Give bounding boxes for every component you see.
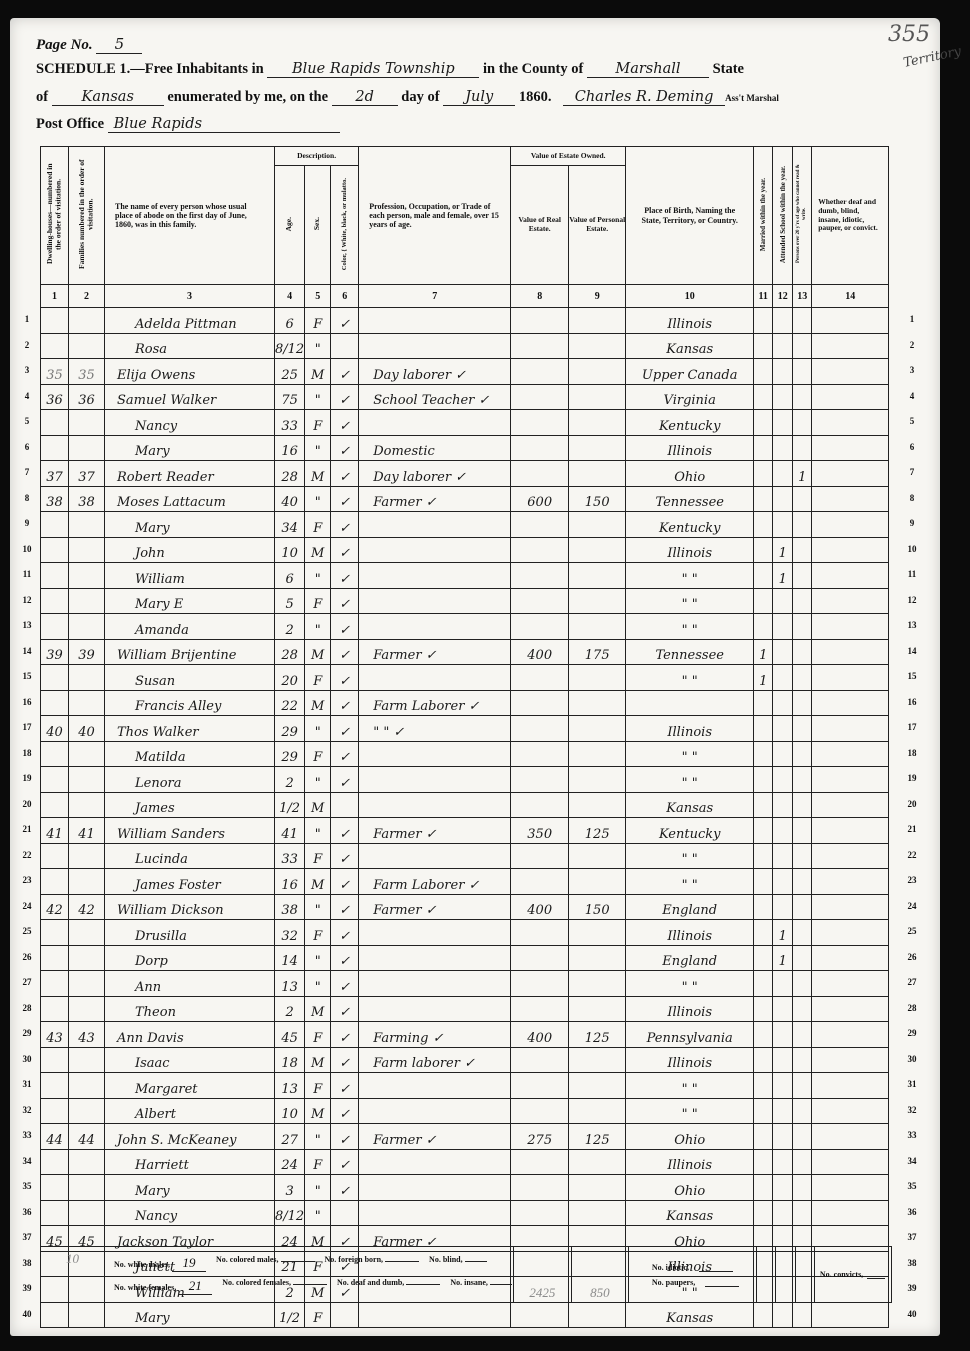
disability [812, 843, 889, 869]
personal-estate-value [569, 741, 626, 767]
married-within-year [754, 588, 773, 614]
dwelling-number [41, 792, 69, 818]
dwelling-number [41, 665, 69, 691]
family-number: 35 [69, 359, 105, 385]
disability [812, 563, 889, 589]
disability [812, 767, 889, 793]
col-header-personal-estate: Value of Personal Estate. [569, 166, 626, 285]
col-header-married: Married within the year. [754, 147, 773, 285]
birthplace: Kansas [626, 333, 754, 359]
paupers-label: No. paupers, [652, 1278, 695, 1287]
person-name: Nancy [105, 410, 275, 436]
sex: F [305, 741, 331, 767]
county-label: in the County of [483, 61, 583, 77]
line-number: 29 [20, 1028, 34, 1038]
real-estate-value [511, 716, 569, 742]
dwelling-number [41, 1047, 69, 1073]
occupation [359, 563, 511, 589]
line-number: 20 [905, 799, 919, 809]
personal-estate-value: 175 [569, 639, 626, 665]
personal-estate-value [569, 767, 626, 793]
attended-school [773, 588, 793, 614]
color [331, 333, 359, 359]
paupers-value [705, 1278, 739, 1287]
dwelling-number [41, 410, 69, 436]
color: ✓ [331, 486, 359, 512]
real-estate-value [511, 767, 569, 793]
personal-estate-value [569, 1149, 626, 1175]
person-name: Elija Owens [105, 359, 275, 385]
line-number: 21 [905, 824, 919, 834]
age: 34 [275, 512, 305, 538]
color: ✓ [331, 1047, 359, 1073]
deaf-dumb-label: No. deaf and dumb, [337, 1278, 404, 1287]
column-number: 5 [305, 285, 331, 308]
married-within-year [754, 996, 773, 1022]
cannot-read-write [793, 690, 812, 716]
color: ✓ [331, 461, 359, 487]
dwelling-number [41, 1302, 69, 1328]
marshal-label: Ass't Marshal [725, 93, 779, 103]
person-name: Mary [105, 1175, 275, 1201]
married-within-year [754, 435, 773, 461]
white-males-label: No. white males, [114, 1260, 170, 1269]
line-number: 40 [905, 1309, 919, 1319]
age: 2 [275, 614, 305, 640]
sex: M [305, 1047, 331, 1073]
occupation [359, 1200, 511, 1226]
age: 29 [275, 716, 305, 742]
personal-estate-value [569, 1200, 626, 1226]
sex: " [305, 945, 331, 971]
line-number: 10 [905, 544, 919, 554]
person-name: Albert [105, 1098, 275, 1124]
sex: " [305, 1200, 331, 1226]
post-office-label: Post Office [36, 116, 104, 132]
disability [812, 1047, 889, 1073]
sex: " [305, 1124, 331, 1150]
birthplace: " " [626, 614, 754, 640]
line-number: 20 [20, 799, 34, 809]
cannot-read-write [793, 333, 812, 359]
dwelling-number [41, 333, 69, 359]
cannot-read-write [793, 945, 812, 971]
attended-school [773, 614, 793, 640]
color: ✓ [331, 512, 359, 538]
family-number: 39 [69, 639, 105, 665]
disability [812, 869, 889, 895]
family-number [69, 537, 105, 563]
occupation: Farm Laborer ✓ [359, 690, 511, 716]
line-number: 17 [905, 722, 919, 732]
personal-estate-value [569, 665, 626, 691]
married-within-year [754, 818, 773, 844]
cannot-read-write [793, 818, 812, 844]
personal-estate-value [569, 333, 626, 359]
occupation [359, 767, 511, 793]
married-within-year [754, 869, 773, 895]
cannot-read-write [793, 588, 812, 614]
family-number [69, 1302, 105, 1328]
dwelling-number [41, 741, 69, 767]
color: ✓ [331, 563, 359, 589]
personal-estate-value [569, 512, 626, 538]
age: 6 [275, 308, 305, 334]
birthplace: " " [626, 1098, 754, 1124]
line-number: 12 [905, 595, 919, 605]
dwellings-total-cell: 10 [41, 1247, 105, 1303]
line-number: 25 [905, 926, 919, 936]
family-number: 40 [69, 716, 105, 742]
personal-estate-value [569, 384, 626, 410]
married-within-year [754, 563, 773, 589]
married-within-year [754, 461, 773, 487]
table-row: James1/2MKansas [41, 792, 889, 818]
family-number [69, 1149, 105, 1175]
color: ✓ [331, 639, 359, 665]
line-number: 34 [20, 1156, 34, 1166]
occupation: " " ✓ [359, 716, 511, 742]
line-number: 14 [20, 646, 34, 656]
family-number [69, 1098, 105, 1124]
dwelling-number: 41 [41, 818, 69, 844]
line-number: 18 [20, 748, 34, 758]
color: ✓ [331, 894, 359, 920]
occupation [359, 410, 511, 436]
age: 28 [275, 461, 305, 487]
cannot-read-write [793, 894, 812, 920]
occupation [359, 945, 511, 971]
person-name: Samuel Walker [105, 384, 275, 410]
personal-estate-value [569, 308, 626, 334]
table-row: 4141William Sanders41"✓Farmer ✓350125Ken… [41, 818, 889, 844]
sex: " [305, 894, 331, 920]
cannot-read-write [793, 1022, 812, 1048]
cannot-read-write [793, 1302, 812, 1328]
personal-estate-value [569, 971, 626, 997]
married-within-year [754, 1124, 773, 1150]
month-value: July [443, 89, 515, 106]
person-name: Moses Lattacum [105, 486, 275, 512]
cannot-read-write [793, 665, 812, 691]
color [331, 1200, 359, 1226]
family-number [69, 333, 105, 359]
line-number: 15 [905, 671, 919, 681]
line-number: 8 [20, 493, 34, 503]
attended-school: 1 [773, 563, 793, 589]
age: 13 [275, 971, 305, 997]
sex: " [305, 971, 331, 997]
married-within-year [754, 1098, 773, 1124]
birthplace: Tennessee [626, 639, 754, 665]
attended-school [773, 843, 793, 869]
attended-school [773, 869, 793, 895]
disability [812, 792, 889, 818]
table-row: 4040Thos Walker29"✓" " ✓Illinois [41, 716, 889, 742]
person-name: James Foster [105, 869, 275, 895]
line-number: 21 [20, 824, 34, 834]
person-name: Francis Alley [105, 690, 275, 716]
age: 13 [275, 1073, 305, 1099]
column-number: 2 [69, 285, 105, 308]
table-row: Lenora2"✓" " [41, 767, 889, 793]
occupation: Farm Laborer ✓ [359, 869, 511, 895]
col-header-birthplace: Place of Birth, Naming the State, Territ… [626, 147, 754, 285]
table-row: 3737Robert Reader28M✓Day laborer ✓Ohio1 [41, 461, 889, 487]
occupation: Day laborer ✓ [359, 461, 511, 487]
line-number: 26 [905, 952, 919, 962]
birthplace: Upper Canada [626, 359, 754, 385]
birthplace: Illinois [626, 920, 754, 946]
line-number: 36 [905, 1207, 919, 1217]
of-label: of [36, 89, 48, 105]
cannot-read-write [793, 1047, 812, 1073]
attended-school [773, 1302, 793, 1328]
color: ✓ [331, 971, 359, 997]
disability [812, 690, 889, 716]
personal-estate-value [569, 588, 626, 614]
blank-cell [775, 1247, 795, 1303]
marshal-name: Charles R. Deming [563, 89, 725, 106]
state-label: State [713, 61, 744, 77]
sex: F [305, 410, 331, 436]
disability [812, 435, 889, 461]
personal-estate-value [569, 461, 626, 487]
real-estate-value [511, 1073, 569, 1099]
page-no-value: 5 [96, 35, 142, 54]
page-no-label: Page No. [36, 37, 93, 53]
real-estate-value [511, 869, 569, 895]
col-group-estate: Value of Estate Owned. [511, 147, 626, 166]
family-number [69, 690, 105, 716]
color: ✓ [331, 690, 359, 716]
cannot-read-write [793, 563, 812, 589]
family-number [69, 792, 105, 818]
birthplace: Illinois [626, 716, 754, 742]
family-number [69, 996, 105, 1022]
family-number: 43 [69, 1022, 105, 1048]
cannot-read-write [793, 512, 812, 538]
married-within-year [754, 1073, 773, 1099]
blind-value [465, 1261, 487, 1262]
person-name: Ann Davis [105, 1022, 275, 1048]
cannot-read-write [793, 971, 812, 997]
personal-estate-value [569, 920, 626, 946]
sex: M [305, 792, 331, 818]
married-within-year [754, 690, 773, 716]
color: ✓ [331, 920, 359, 946]
disability [812, 410, 889, 436]
white-females-value: 21 [178, 1278, 212, 1295]
real-estate-value [511, 920, 569, 946]
column-number: 12 [773, 285, 793, 308]
personal-estate-value [569, 1073, 626, 1099]
family-number [69, 410, 105, 436]
color: ✓ [331, 588, 359, 614]
personal-estate-value [569, 1047, 626, 1073]
line-number: 11 [905, 569, 919, 579]
person-name: Drusilla [105, 920, 275, 946]
age: 33 [275, 843, 305, 869]
line-number: 12 [20, 595, 34, 605]
person-name: Robert Reader [105, 461, 275, 487]
dwelling-number [41, 1200, 69, 1226]
personal-estate-value: 125 [569, 1022, 626, 1048]
cannot-read-write [793, 792, 812, 818]
birthplace: Kansas [626, 1200, 754, 1226]
cannot-read-write [793, 1124, 812, 1150]
line-number: 23 [20, 875, 34, 885]
real-estate-value: 350 [511, 818, 569, 844]
birthplace: Illinois [626, 537, 754, 563]
idiotic-value [699, 1263, 733, 1272]
sex: M [305, 359, 331, 385]
person-name: Lucinda [105, 843, 275, 869]
line-number: 5 [20, 416, 34, 426]
married-within-year [754, 537, 773, 563]
line-number: 24 [20, 901, 34, 911]
dwelling-number: 38 [41, 486, 69, 512]
occupation: Farmer ✓ [359, 1124, 511, 1150]
person-name: William Brijentine [105, 639, 275, 665]
dwelling-number: 39 [41, 639, 69, 665]
col-header-school: Attended School within the year. [773, 147, 793, 285]
occupation [359, 1175, 511, 1201]
birthplace: " " [626, 665, 754, 691]
family-number [69, 1047, 105, 1073]
sex: M [305, 690, 331, 716]
real-estate-value [511, 1175, 569, 1201]
idiotic-label: No. idiotic, [652, 1263, 689, 1272]
married-within-year [754, 486, 773, 512]
person-name: Mary [105, 435, 275, 461]
sex: " [305, 563, 331, 589]
line-number: 35 [905, 1181, 919, 1191]
sex: F [305, 512, 331, 538]
line-number: 22 [20, 850, 34, 860]
personal-estate-value [569, 996, 626, 1022]
family-number [69, 588, 105, 614]
deaf-dumb-value [406, 1284, 440, 1285]
color: ✓ [331, 665, 359, 691]
disability [812, 894, 889, 920]
attended-school [773, 971, 793, 997]
attended-school [773, 996, 793, 1022]
birthplace: Kentucky [626, 512, 754, 538]
birthplace: Kentucky [626, 410, 754, 436]
line-number: 28 [905, 1003, 919, 1013]
occupation: Farmer ✓ [359, 639, 511, 665]
line-number: 38 [905, 1258, 919, 1268]
person-name: Susan [105, 665, 275, 691]
table-row: Albert10M✓" " [41, 1098, 889, 1124]
column-number: 7 [359, 285, 511, 308]
table-row: Susan20F✓" "1 [41, 665, 889, 691]
real-estate-value [511, 333, 569, 359]
personal-estate-value: 150 [569, 894, 626, 920]
age: 18 [275, 1047, 305, 1073]
line-number: 2 [905, 340, 919, 350]
col-header-name: The name of every person whose usual pla… [105, 147, 275, 285]
disability [812, 486, 889, 512]
dwelling-number [41, 920, 69, 946]
birthplace: Pennsylvania [626, 1022, 754, 1048]
table-row: 3838Moses Lattacum40"✓Farmer ✓600150Tenn… [41, 486, 889, 512]
line-number: 22 [905, 850, 919, 860]
age: 24 [275, 1149, 305, 1175]
color: ✓ [331, 537, 359, 563]
real-estate-value [511, 741, 569, 767]
attended-school [773, 716, 793, 742]
sex: M [305, 1098, 331, 1124]
dwelling-number [41, 512, 69, 538]
color: ✓ [331, 767, 359, 793]
married-within-year [754, 741, 773, 767]
family-number: 38 [69, 486, 105, 512]
attended-school [773, 461, 793, 487]
married-within-year [754, 512, 773, 538]
dwelling-number [41, 1073, 69, 1099]
cannot-read-write [793, 996, 812, 1022]
age: 8/12 [275, 333, 305, 359]
disability [812, 308, 889, 334]
color: ✓ [331, 996, 359, 1022]
col-header-real-estate: Value of Real Estate. [511, 166, 569, 285]
person-name: Amanda [105, 614, 275, 640]
state-value: Kansas [52, 89, 164, 106]
line-number: 26 [20, 952, 34, 962]
color: ✓ [331, 359, 359, 385]
personal-estate-value [569, 792, 626, 818]
color: ✓ [331, 435, 359, 461]
col-header-dwelling: Dwelling-houses—numbered in the order of… [41, 147, 69, 285]
person-name: Dorp [105, 945, 275, 971]
real-estate-value [511, 384, 569, 410]
personal-estate-total-cell: 850 [571, 1247, 628, 1303]
sex: F [305, 843, 331, 869]
birthplace: " " [626, 869, 754, 895]
line-number: 18 [905, 748, 919, 758]
line-number: 32 [905, 1105, 919, 1115]
column-numbers-row: 1234567891011121314 [41, 285, 889, 308]
family-number [69, 435, 105, 461]
real-estate-value [511, 461, 569, 487]
dwelling-number [41, 614, 69, 640]
line-number: 31 [905, 1079, 919, 1089]
real-estate-total-cell: 2425 [513, 1247, 571, 1303]
married-within-year [754, 410, 773, 436]
married-within-year [754, 359, 773, 385]
personal-estate-value [569, 614, 626, 640]
birthplace: Kentucky [626, 818, 754, 844]
real-estate-total: 2425 [529, 1285, 555, 1300]
cannot-read-write [793, 1149, 812, 1175]
line-number: 10 [20, 544, 34, 554]
line-number: 29 [905, 1028, 919, 1038]
line-number: 33 [905, 1130, 919, 1140]
table-row: Isaac18M✓Farm laborer ✓Illinois [41, 1047, 889, 1073]
real-estate-value: 600 [511, 486, 569, 512]
township-value: Blue Rapids Township [267, 61, 479, 78]
age: 10 [275, 1098, 305, 1124]
dwelling-number [41, 843, 69, 869]
occupation: Farming ✓ [359, 1022, 511, 1048]
married-within-year [754, 1175, 773, 1201]
real-estate-value [511, 971, 569, 997]
table-row: Amanda2"✓" " [41, 614, 889, 640]
dwelling-number [41, 563, 69, 589]
convicts-value [867, 1270, 885, 1279]
